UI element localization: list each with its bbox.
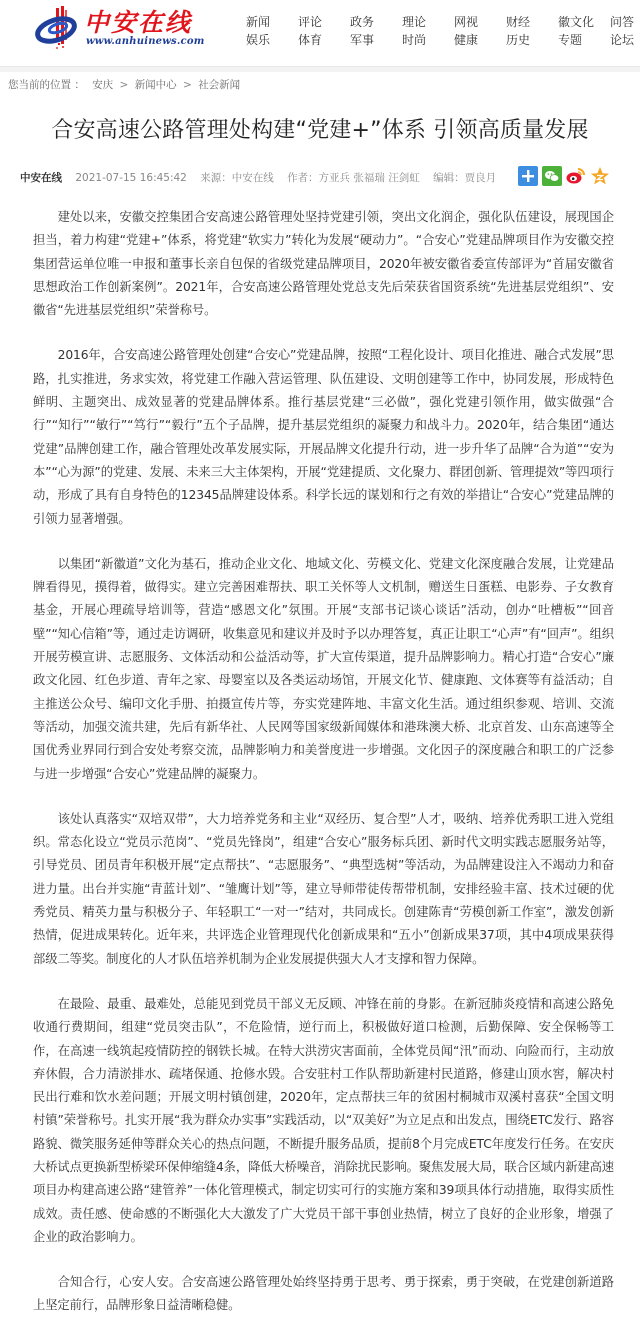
wechat-icon bbox=[544, 169, 560, 183]
share-wechat-button[interactable] bbox=[542, 166, 562, 186]
meta-editor: 编辑：贾良月 bbox=[433, 172, 496, 184]
nav-entertainment[interactable]: 娱乐 bbox=[246, 31, 298, 49]
nav-column: 徽文化 专题 bbox=[558, 13, 610, 49]
nav-fashion[interactable]: 时尚 bbox=[402, 31, 454, 49]
article-paragraph: 以集团“新徽道”文化为基石，推动企业文化、地域文化、劳模文化、党建文化深度融合发… bbox=[33, 553, 614, 786]
plus-icon bbox=[521, 169, 535, 183]
share-weibo-button[interactable] bbox=[566, 166, 586, 186]
breadcrumb-news-center[interactable]: 新闻中心 bbox=[135, 79, 177, 91]
meta-site: 中安在线 bbox=[20, 172, 62, 184]
nav-news[interactable]: 新闻 bbox=[246, 13, 298, 31]
nav-forum[interactable]: 论坛 bbox=[610, 31, 640, 49]
nav-video[interactable]: 网视 bbox=[454, 13, 506, 31]
meta-author: 作者：方亚兵 张福瑞 汪剑虹 bbox=[287, 172, 420, 184]
nav-column: 评论 体育 bbox=[298, 13, 350, 49]
share-qzone-button[interactable] bbox=[590, 166, 610, 186]
nav-health[interactable]: 健康 bbox=[454, 31, 506, 49]
breadcrumb-prefix: 您当前的位置 ： bbox=[8, 79, 85, 91]
logo-text: 中安在线 bbox=[84, 8, 192, 38]
article-paragraph: 合知合行，心安人安。合安高速公路管理处始终坚持勇于思考、勇于探索，勇于突破，在党… bbox=[33, 1271, 614, 1318]
breadcrumb-separator: > bbox=[183, 79, 192, 91]
nav-commentary[interactable]: 评论 bbox=[298, 13, 350, 31]
nav-special-topics[interactable]: 专题 bbox=[558, 31, 610, 49]
main-nav: 新闻 娱乐 评论 体育 政务 军事 理论 时尚 网视 健康 财经 历史 徽文化 … bbox=[246, 13, 640, 49]
breadcrumb-anqing[interactable]: 安庆 bbox=[92, 79, 113, 91]
nav-column: 问答 论坛 bbox=[610, 13, 640, 49]
article-paragraph: 2016年，合安高速公路管理处创建“合安心”党建品牌，按照“工程化设计、项目化推… bbox=[33, 344, 614, 530]
nav-military[interactable]: 军事 bbox=[350, 31, 402, 49]
nav-government[interactable]: 政务 bbox=[350, 13, 402, 31]
meta-datetime: 2021-07-15 16:45:42 bbox=[75, 172, 187, 184]
breadcrumb: 您当前的位置 ： 安庆 > 新闻中心 > 社会新闻 bbox=[0, 72, 640, 98]
nav-column: 新闻 娱乐 bbox=[246, 13, 298, 49]
nav-column: 财经 历史 bbox=[506, 13, 558, 49]
breadcrumb-separator: > bbox=[120, 79, 129, 91]
site-logo[interactable]: 中安在线 www.anhuinews.com bbox=[34, 6, 194, 50]
logo-emblem-icon bbox=[34, 6, 84, 52]
nav-qa[interactable]: 问答 bbox=[610, 13, 640, 31]
share-bar bbox=[518, 166, 610, 186]
nav-column: 政务 军事 bbox=[350, 13, 402, 49]
article-paragraph: 在最险、最重、最难处，总能见到党员干部义无反顾、冲锋在前的身影。在新冠肺炎疫情和… bbox=[33, 993, 614, 1249]
share-more-button[interactable] bbox=[518, 166, 538, 186]
article-title: 合安高速公路管理处构建“党建+”体系 引领高质量发展 bbox=[0, 116, 640, 146]
site-header: 中安在线 www.anhuinews.com 新闻 娱乐 评论 体育 政务 军事… bbox=[0, 0, 640, 66]
nav-hui-culture[interactable]: 徽文化 bbox=[558, 13, 610, 31]
nav-history[interactable]: 历史 bbox=[506, 31, 558, 49]
nav-sports[interactable]: 体育 bbox=[298, 31, 350, 49]
breadcrumb-social-news[interactable]: 社会新闻 bbox=[198, 79, 240, 91]
nav-column: 网视 健康 bbox=[454, 13, 506, 49]
article-body: 建处以来，安徽交控集团合安高速公路管理处坚持党建引领，突出文化润企，强化队伍建设… bbox=[0, 206, 640, 1318]
article-meta: 中安在线 2021-07-15 16:45:42 来源：中安在线 作者：方亚兵 … bbox=[0, 158, 640, 198]
meta-source: 来源：中安在线 bbox=[200, 172, 274, 184]
nav-theory[interactable]: 理论 bbox=[402, 13, 454, 31]
nav-column: 理论 时尚 bbox=[402, 13, 454, 49]
qzone-star-icon bbox=[590, 166, 610, 186]
nav-finance[interactable]: 财经 bbox=[506, 13, 558, 31]
article-meta-text: 中安在线 2021-07-15 16:45:42 来源：中安在线 作者：方亚兵 … bbox=[20, 170, 496, 185]
article-paragraph: 建处以来，安徽交控集团合安高速公路管理处坚持党建引领，突出文化润企，强化队伍建设… bbox=[33, 206, 614, 322]
weibo-icon bbox=[566, 167, 586, 185]
article-paragraph: 该处认真落实“双培双带”，大力培养党务和主业“双经历、复合型”人才，吸纳、培养优… bbox=[33, 808, 614, 971]
logo-url: www.anhuinews.com bbox=[86, 36, 204, 47]
